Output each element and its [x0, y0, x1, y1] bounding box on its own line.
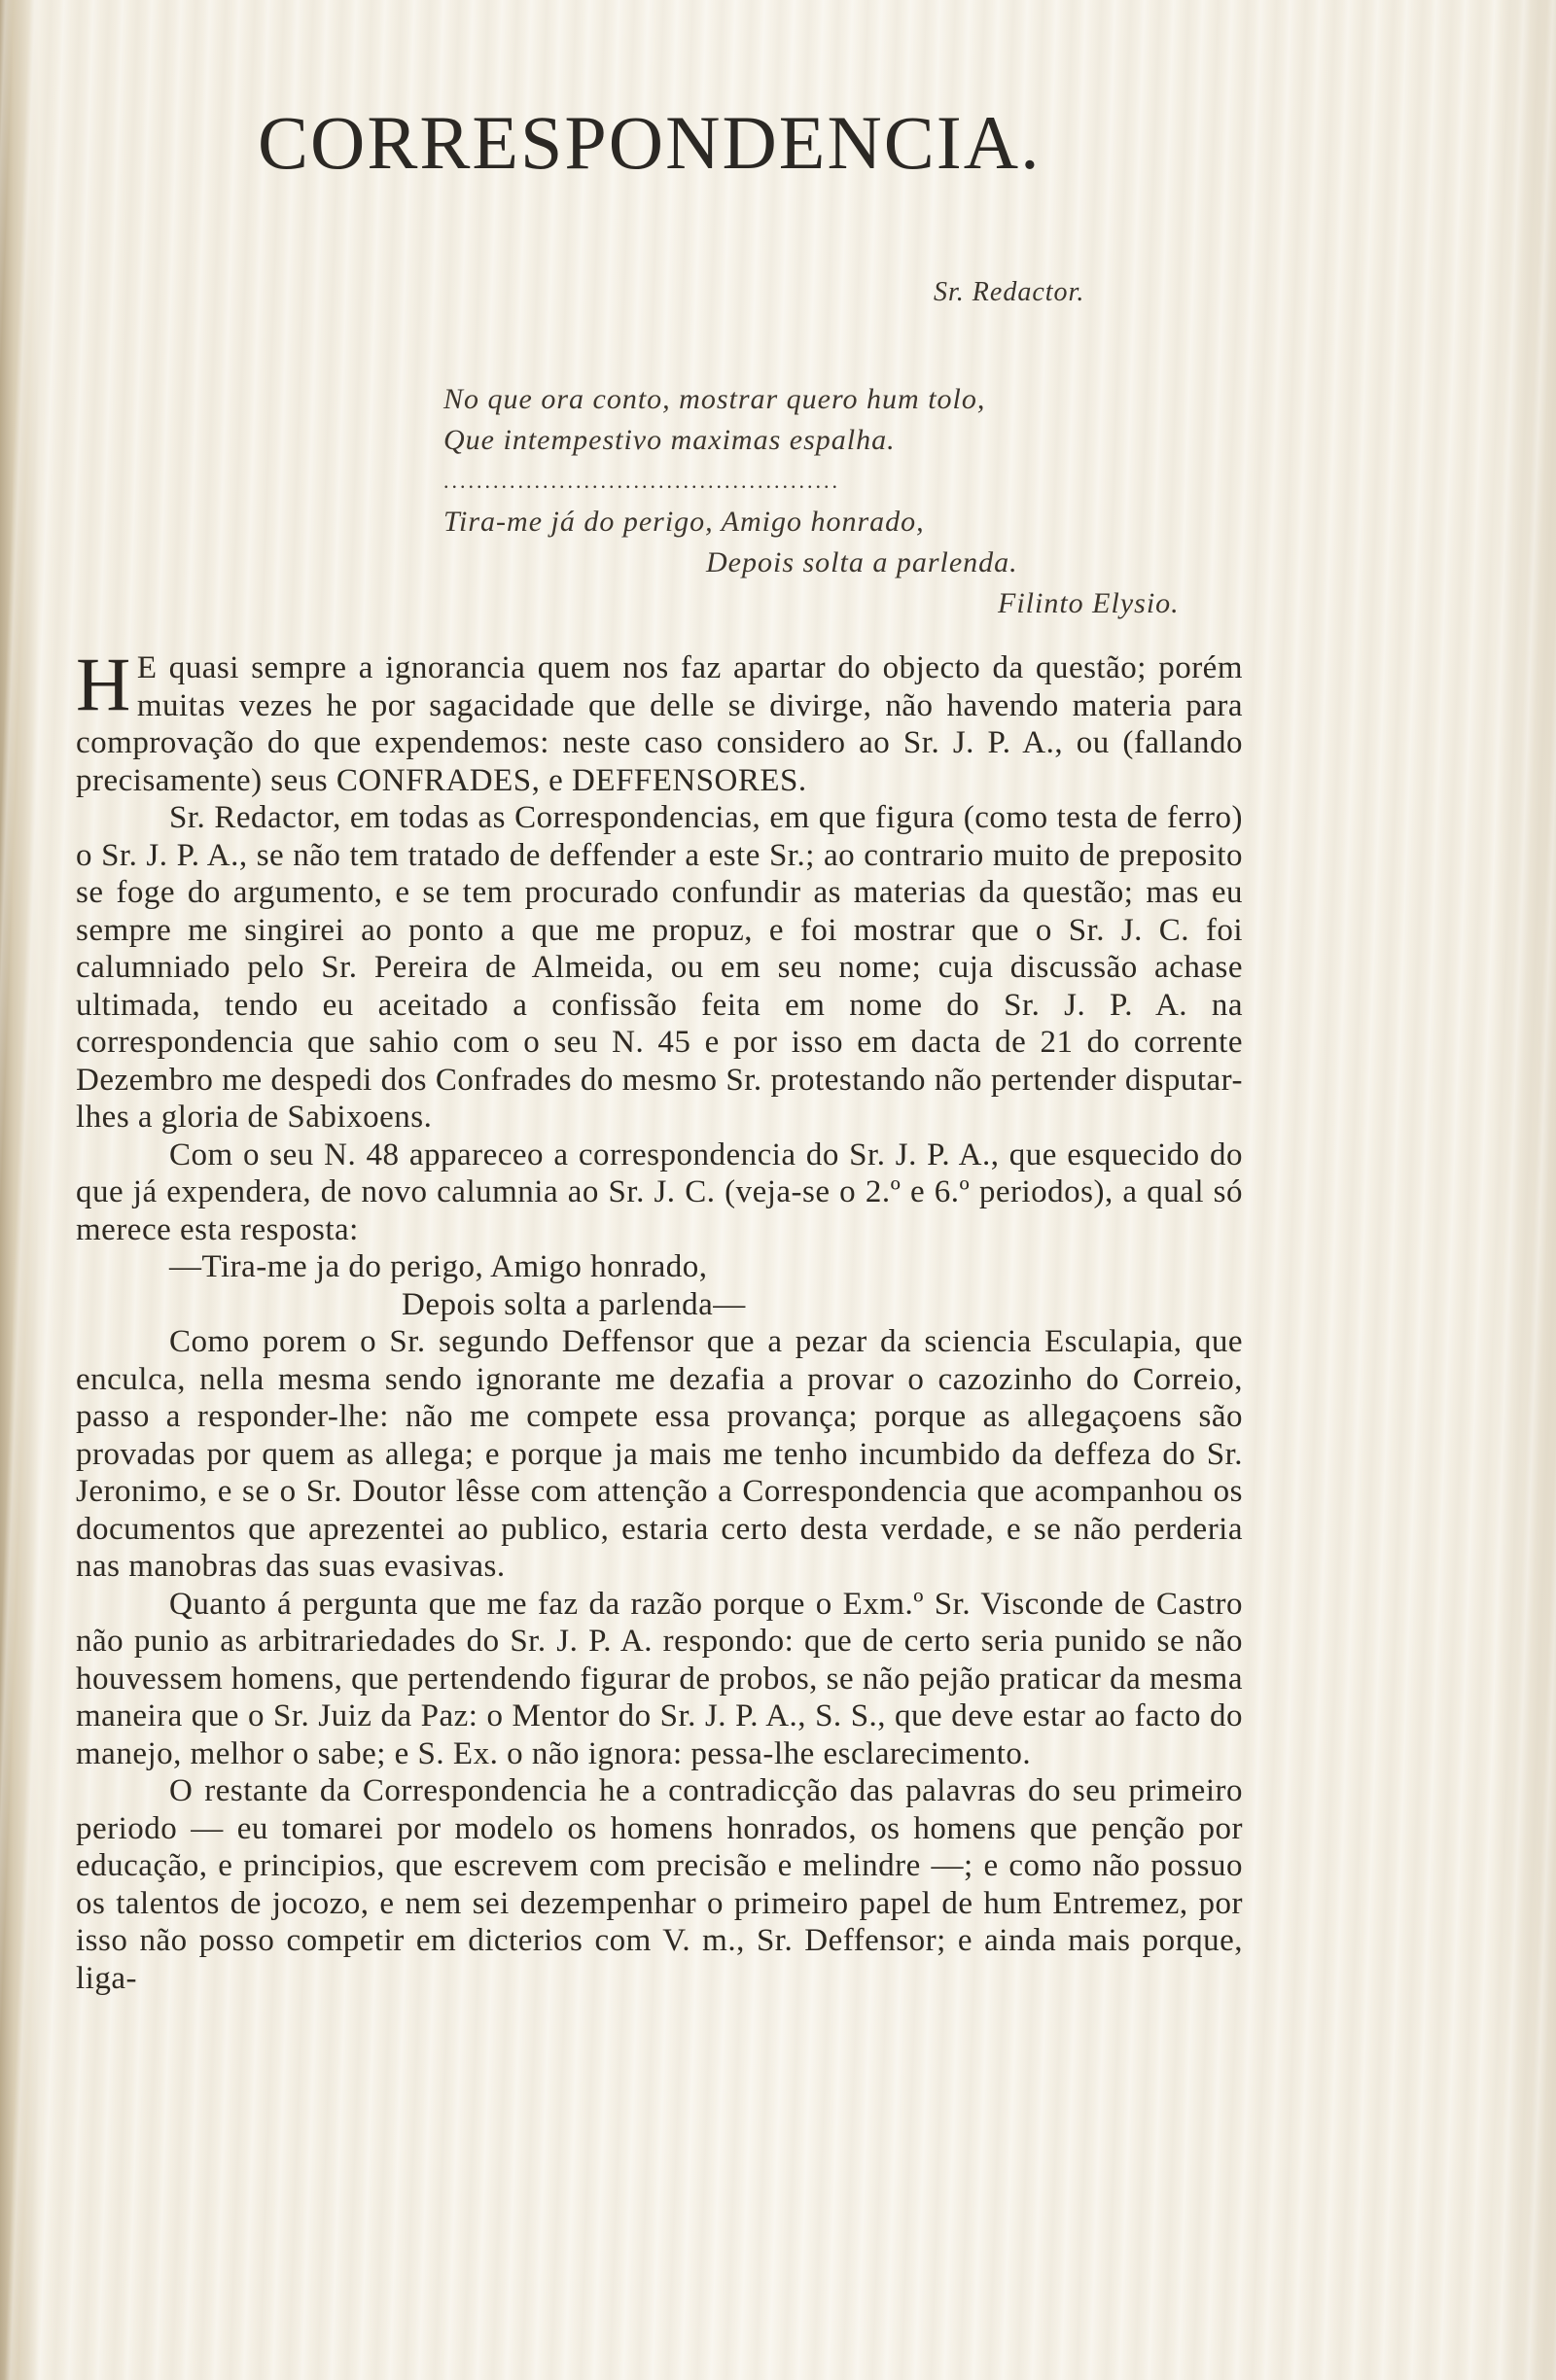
quoted-verse-line: Depois solta a parlenda—: [76, 1286, 1243, 1324]
epigraph-attribution: Filinto Elysio.: [443, 583, 1319, 624]
epigraph-line: No que ora conto, mostrar quero hum tolo…: [443, 379, 1319, 420]
drop-cap: H: [76, 653, 131, 716]
paragraph-text: E quasi sempre a ignorancia quem nos faz…: [76, 650, 1243, 798]
epigraph: No que ora conto, mostrar quero hum tolo…: [443, 379, 1319, 624]
newspaper-page: CORRESPONDENCIA. Sr. Redactor. No que or…: [0, 0, 1556, 2380]
paragraph: Sr. Redactor, em todas as Correspondenci…: [76, 799, 1243, 1137]
paragraph: HE quasi sempre a ignorancia quem nos fa…: [76, 649, 1243, 799]
paragraph: O restante da Correspondencia he a contr…: [76, 1772, 1243, 1997]
epigraph-line: Tira-me já do perigo, Amigo honrado,: [443, 502, 1319, 542]
paragraph: Como porem o Sr. segundo Deffensor que a…: [76, 1323, 1243, 1586]
epigraph-line: Que intempestivo maximas espalha.: [443, 420, 1319, 461]
paragraph: Com o seu N. 48 appareceo a corresponden…: [76, 1137, 1243, 1249]
ellipsis-divider: ........................................…: [443, 461, 1319, 502]
quoted-verse-line: —Tira-me ja do perigo, Amigo honrado,: [76, 1248, 1243, 1286]
salutation: Sr. Redactor.: [934, 277, 1084, 308]
article-body: HE quasi sempre a ignorancia quem nos fa…: [76, 649, 1243, 1997]
epigraph-line: Depois solta a parlenda.: [443, 542, 1319, 583]
masthead-title: CORRESPONDENCIA.: [258, 105, 1133, 181]
paragraph: Quanto á pergunta que me faz da razão po…: [76, 1586, 1243, 1773]
